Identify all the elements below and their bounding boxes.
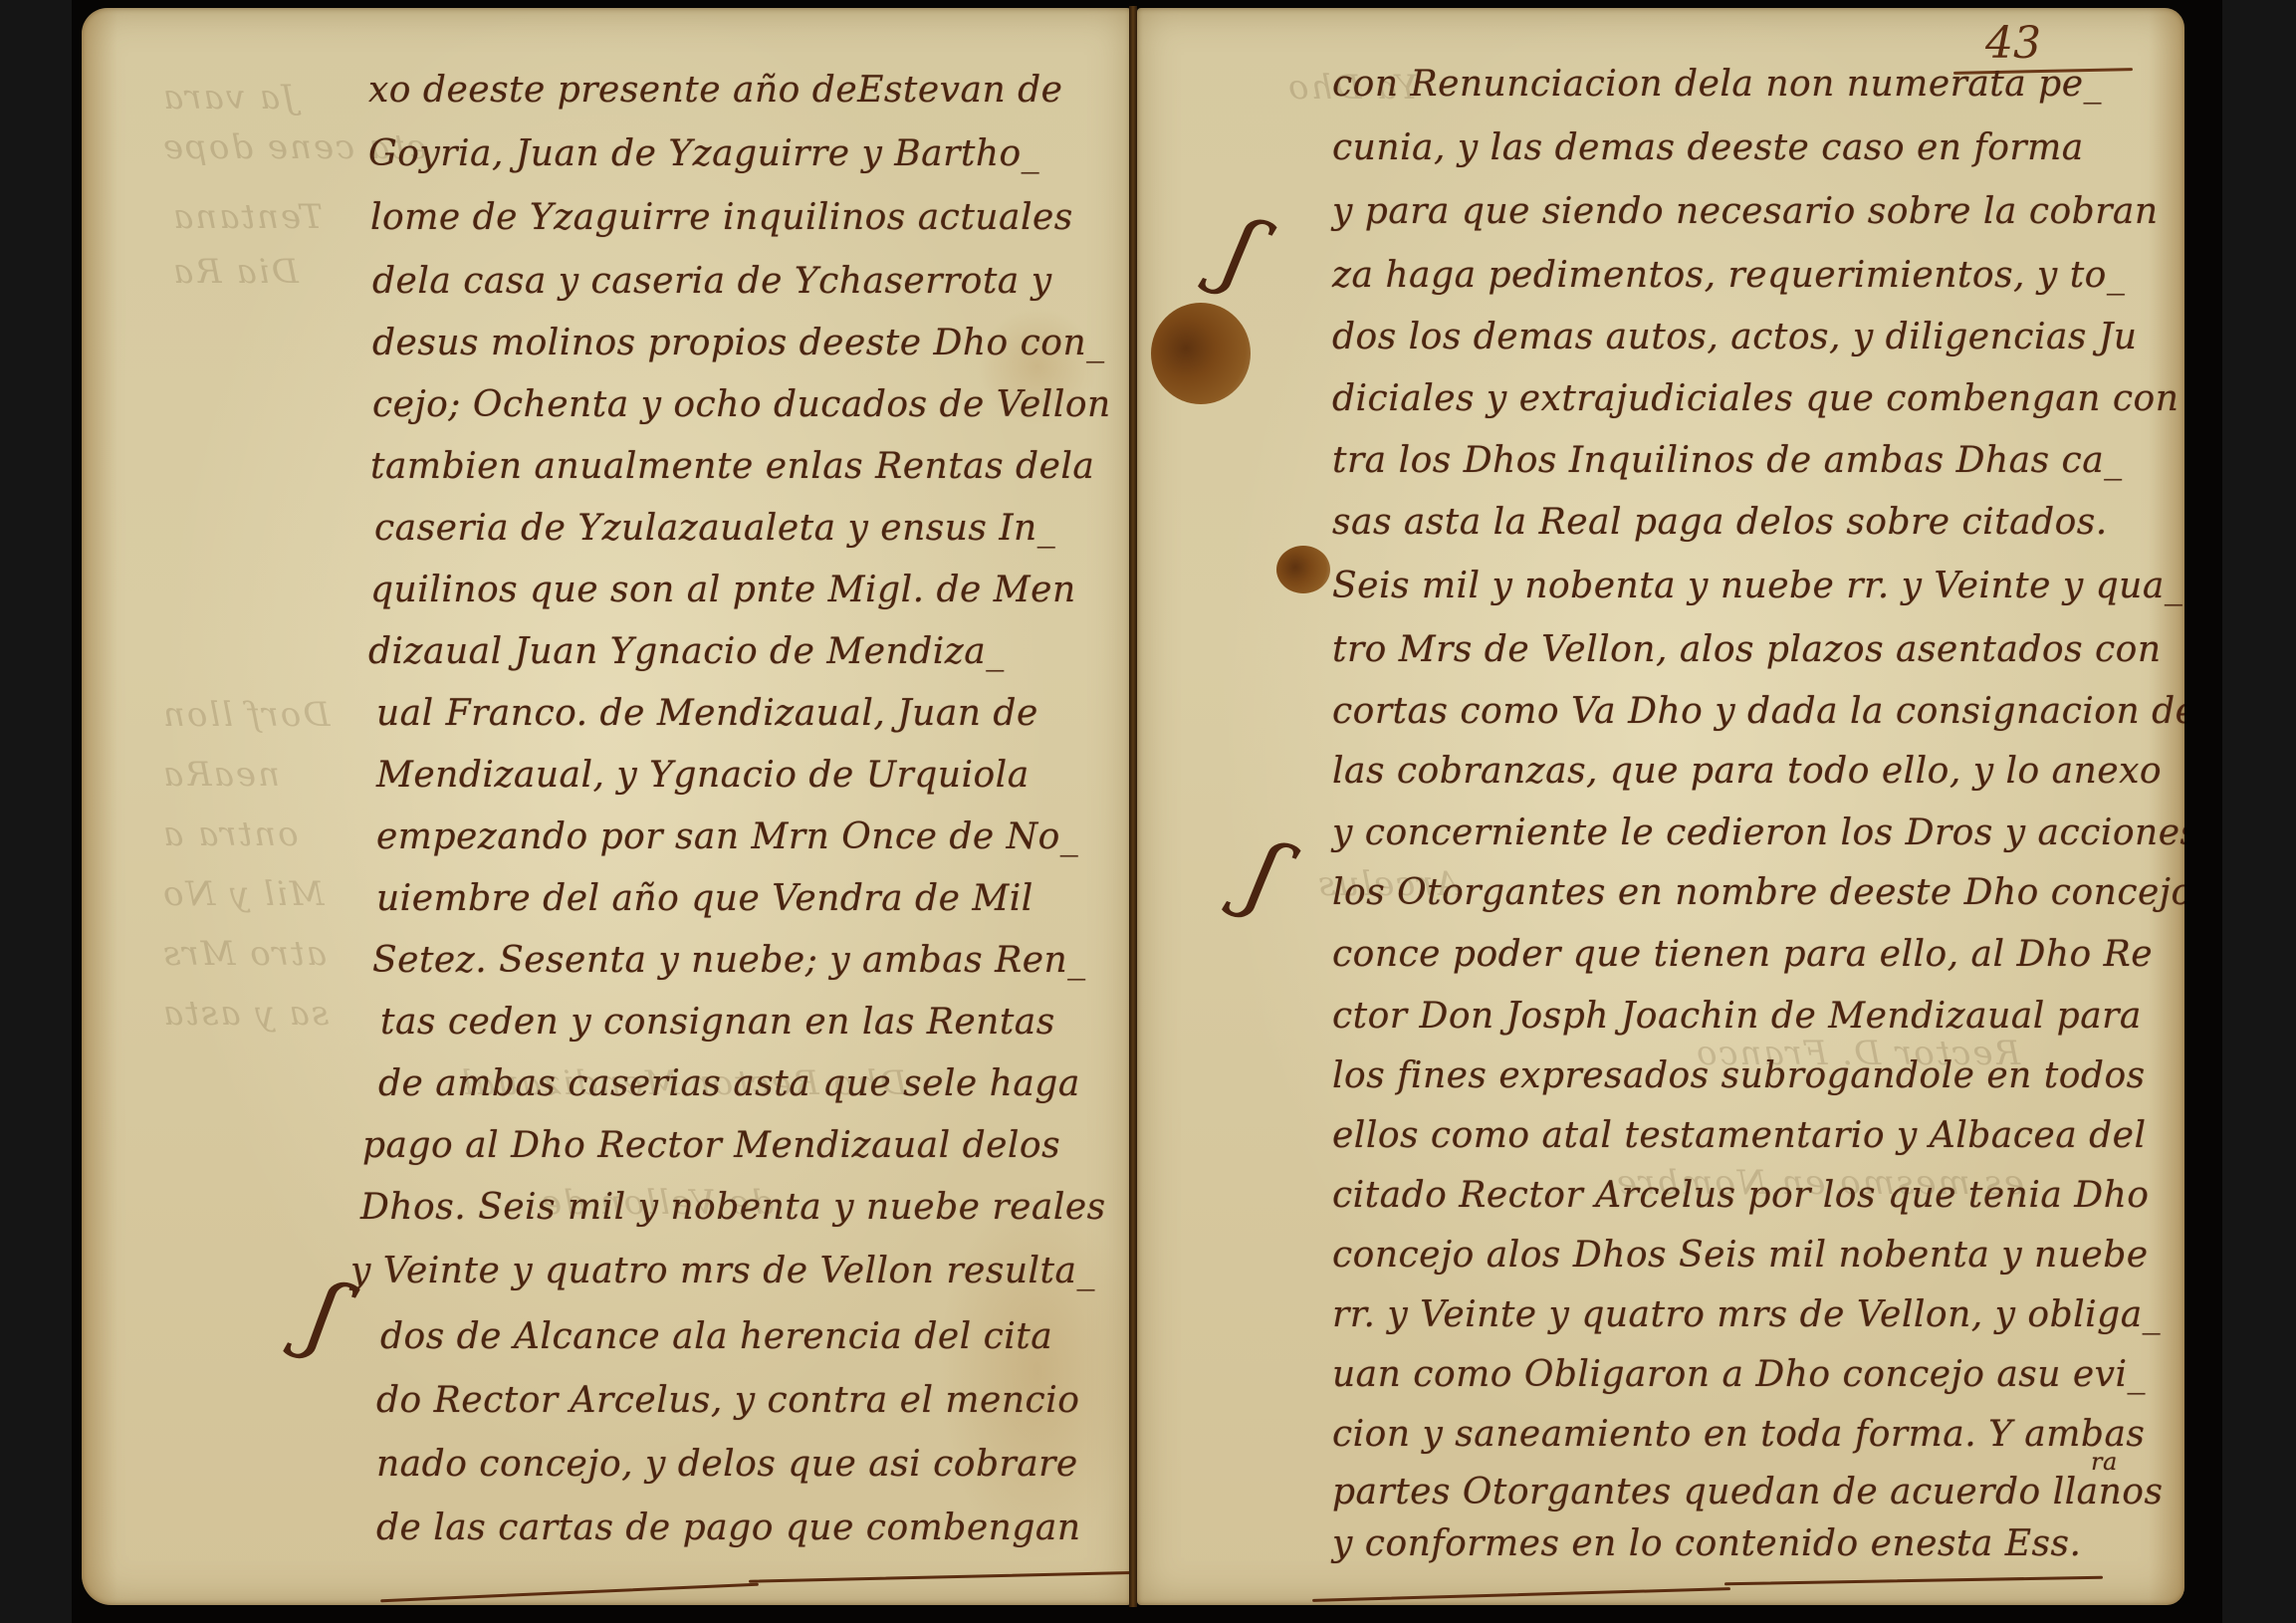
- manuscript-line: sas asta la Real paga delos sobre citado…: [1332, 502, 2108, 543]
- manuscript-line: conce poder que tienen para ello, al Dho…: [1332, 934, 2153, 975]
- manuscript-line: pago al Dho Rector Mendizaual delos: [362, 1125, 1060, 1166]
- manuscript-line: xo deeste presente año deEstevan de: [368, 70, 1062, 111]
- manuscript-line: za haga pedimentos, requerimientos, y to…: [1332, 255, 2125, 296]
- manuscript-line: dela casa y caseria de Ychaserrota y: [372, 261, 1052, 302]
- manuscript-line: cortas como Va Dho y dada la consignacio…: [1332, 691, 2184, 732]
- manuscript-line: Goyria, Juan de Yzaguirre y Bartho_: [368, 133, 1039, 174]
- manuscript-line: citado Rector Arcelus por los que tenia …: [1332, 1175, 2149, 1216]
- manuscript-line: con Renunciacion dela non numerata pe_: [1332, 64, 2102, 105]
- manuscript-line: y concerniente le cedieron los Dros y ac…: [1332, 812, 2184, 853]
- manuscript-line: ctor Don Josph Joachin de Mendizaual par…: [1332, 996, 2142, 1037]
- manuscript-line: desus molinos propios deeste Dho con_: [372, 323, 1105, 363]
- manuscript-line: tro Mrs de Vellon, alos plazos asentados…: [1332, 629, 2162, 670]
- left-page: Ja vara eta cene dope Tentana Dia Ra Dor…: [82, 8, 1131, 1605]
- manuscript-line: dos de Alcance ala herencia del cita: [380, 1316, 1052, 1357]
- manuscript-line: cejo; Ochenta y ocho ducados de Vellon: [372, 384, 1111, 425]
- manuscript-line: dizaual Juan Ygnacio de Mendiza_: [368, 631, 1005, 672]
- manuscript-line: concejo alos Dhos Seis mil nobenta y nue…: [1332, 1235, 2149, 1275]
- manuscript-line: rr. y Veinte y quatro mrs de Vellon, y o…: [1332, 1294, 2161, 1335]
- manuscript-line: uan como Obligaron a Dho concejo asu evi…: [1332, 1354, 2146, 1395]
- right-page: Ya Dho Arcelus Rector D. Franco es mesmo…: [1137, 8, 2184, 1605]
- manuscript-line: lome de Yzaguirre inquilinos actuales: [370, 197, 1073, 238]
- manuscript-line: los fines expresados subrogandole en tod…: [1332, 1055, 2146, 1096]
- book-spine-gutter: [1129, 6, 1137, 1607]
- manuscript-line: Setez. Sesenta y nuebe; y ambas Ren_: [372, 940, 1086, 981]
- manuscript-line: ellos como atal testamentario y Albacea …: [1332, 1115, 2146, 1156]
- manuscript-line: do Rector Arcelus, y contra el mencio: [376, 1380, 1079, 1421]
- manuscript-line: ual Franco. de Mendizaual, Juan de: [376, 693, 1038, 734]
- manuscript-line: cion y saneamiento en toda forma. Y amba…: [1332, 1414, 2145, 1455]
- manuscript-line: uiembre del año que Vendra de Mil: [376, 878, 1033, 919]
- manuscript-line: Seis mil y nobenta y nuebe rr. y Veinte …: [1332, 566, 2182, 606]
- right-page-text: con Renunciacion dela non numerata pe_ c…: [1137, 8, 2184, 1605]
- manuscript-line-superscript: ra: [2091, 1448, 2118, 1476]
- manuscript-line: y conformes en lo contenido enesta Ess.: [1332, 1523, 2081, 1564]
- manuscript-line: los Otorgantes en nombre deeste Dho conc…: [1332, 872, 2184, 913]
- manuscript-line: de ambas caserias asta que sele haga: [378, 1063, 1080, 1104]
- manuscript-line: empezando por san Mrn Once de No_: [376, 816, 1078, 857]
- manuscript-line: tambien anualmente enlas Rentas dela: [370, 446, 1094, 487]
- manuscript-line: de las cartas de pago que combengan: [376, 1507, 1081, 1548]
- manuscript-line: nado concejo, y delos que asi cobrare: [376, 1444, 1078, 1485]
- manuscript-line: y para que siendo necesario sobre la cob…: [1332, 191, 2159, 232]
- manuscript-line: tas ceden y consignan en las Rentas: [380, 1002, 1055, 1043]
- manuscript-line: tra los Dhos Inquilinos de ambas Dhas ca…: [1332, 440, 2123, 481]
- manuscript-line: quilinos que son al pnte Migl. de Men: [370, 570, 1076, 610]
- manuscript-line: Mendizaual, y Ygnacio de Urquiola: [376, 755, 1030, 796]
- manuscript-line: y Veinte y quatro mrs de Vellon resulta_: [350, 1251, 1095, 1291]
- manuscript-line: dos los demas autos, actos, y diligencia…: [1332, 317, 2137, 357]
- manuscript-line: las cobranzas, que para todo ello, y lo …: [1332, 751, 2162, 792]
- manuscript-line: partes Otorgantes quedan de acuerdo llan…: [1332, 1472, 2163, 1512]
- manuscript-line: caseria de Yzulazaualeta y ensus In_: [374, 508, 1055, 549]
- manuscript-line: cunia, y las demas deeste caso en forma: [1332, 127, 2084, 168]
- left-page-text: xo deeste presente año deEstevan de Goyr…: [82, 8, 1131, 1605]
- manuscript-line: diciales y extrajudiciales que combengan…: [1332, 378, 2179, 419]
- manuscript-line: Dhos. Seis mil y nobenta y nuebe reales: [360, 1187, 1106, 1228]
